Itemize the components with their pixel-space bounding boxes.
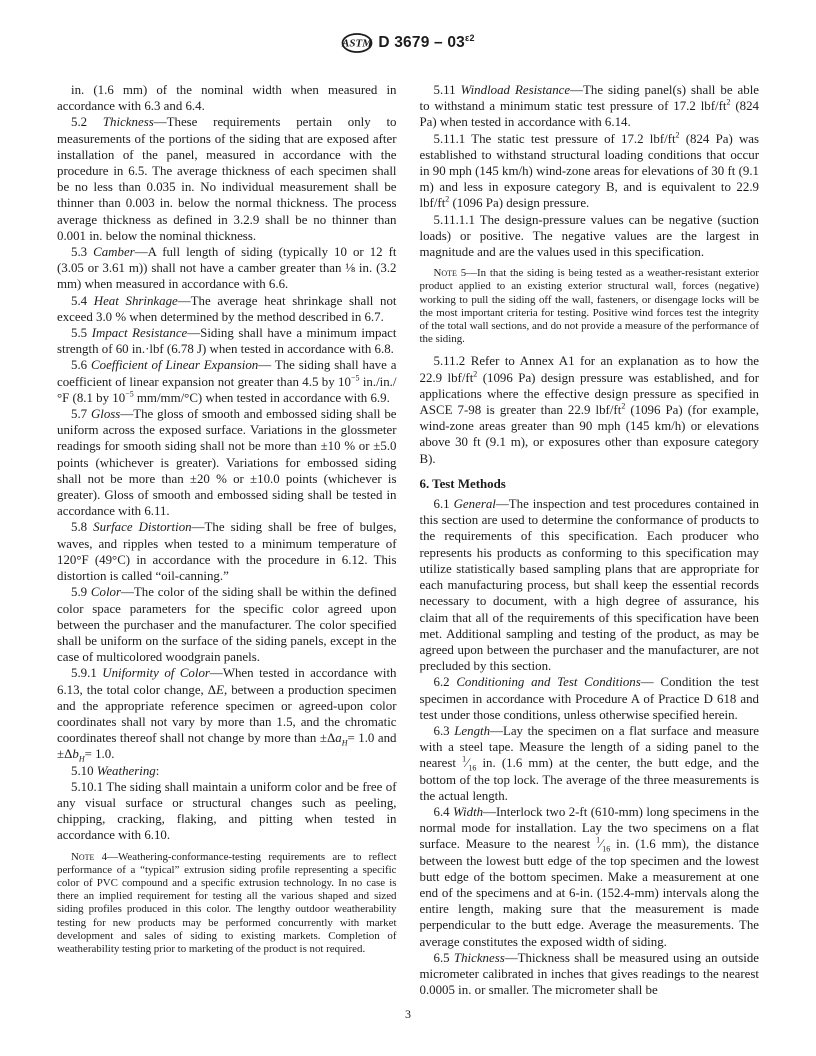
text-segment: 6.2: [434, 675, 457, 689]
text-segment: 5.7: [71, 407, 91, 421]
astm-logo-icon: ASTM: [341, 32, 373, 54]
text-segment: 5.9.1: [71, 666, 102, 680]
text-segment: 5.3: [71, 245, 93, 259]
text-segment: 5.5: [71, 326, 92, 340]
paragraph: 5.11.2 Refer to Annex A1 for an explanat…: [420, 353, 760, 466]
text-segment: 5.11: [434, 83, 461, 97]
text-segment: Uniformity of Color: [102, 666, 210, 680]
designation-text: D 3679 – 03: [378, 34, 465, 51]
text-segment: 6.4: [434, 805, 454, 819]
note-paragraph: Note 5—In that the siding is being teste…: [420, 267, 760, 346]
text-column-right: 5.11 Windload Resistance—The siding pane…: [420, 82, 760, 998]
paragraph: 6.5 Thickness—Thickness shall be measure…: [420, 950, 760, 999]
section-heading: 6. Test Methods: [420, 476, 760, 492]
text-segment: Heat Shrinkage: [94, 294, 178, 308]
page-header: ASTM D 3679 – 03ε2: [57, 30, 759, 56]
text-segment: 5.8: [71, 520, 93, 534]
text-segment: —These requirements pertain only to meas…: [57, 115, 397, 242]
text-segment: Thickness: [103, 115, 154, 129]
text-segment: 5.4: [71, 294, 94, 308]
text-segment: −5: [125, 390, 134, 399]
paragraph: 5.9 Color—The color of the siding shall …: [57, 584, 397, 665]
paragraph: 5.8 Surface Distortion—The siding shall …: [57, 519, 397, 584]
paragraph: 6.4 Width—Interlock two 2-ft (610-mm) lo…: [420, 804, 760, 950]
designation-superscript: ε2: [465, 33, 475, 43]
text-segment: (1096 Pa) design pressure.: [449, 196, 589, 210]
text-segment: 5.9: [71, 585, 91, 599]
note-paragraph: Note 4—Weathering-conformance-testing re…: [57, 851, 397, 957]
text-segment: :: [156, 764, 160, 778]
text-segment: Camber: [93, 245, 135, 259]
paragraph: 5.11 Windload Resistance—The siding pane…: [420, 82, 760, 131]
text-segment: 5.11.1 The static test pressure of 17.2 …: [434, 132, 676, 146]
text-segment: Gloss: [91, 407, 120, 421]
text-segment: E: [216, 683, 224, 697]
text-segment: Thickness: [454, 951, 505, 965]
paragraph: 5.11.1.1 The design-pressure values can …: [420, 212, 760, 261]
paragraph: 5.10 Weathering:: [57, 763, 397, 779]
text-segment: 6.1: [434, 497, 454, 511]
text-segment: = 1.0.: [85, 747, 115, 761]
text-segment: Color: [91, 585, 121, 599]
text-segment: 5.10: [71, 764, 97, 778]
paragraph: 5.10.1 The siding shall maintain a unifo…: [57, 779, 397, 844]
text-segment: 6. Test Methods: [420, 477, 506, 491]
paragraph: 6.2 Conditioning and Test Conditions— Co…: [420, 674, 760, 723]
paragraph: in. (1.6 mm) of the nominal width when m…: [57, 82, 397, 114]
text-segment: Windload Resistance: [461, 83, 571, 97]
text-segment: in. (1.6 mm) of the nominal width when m…: [57, 83, 397, 113]
text-segment: in. (1.6 mm), the distance between the l…: [420, 837, 760, 948]
paragraph: 5.2 Thickness—These requirements pertain…: [57, 114, 397, 244]
text-segment: Note: [434, 267, 457, 279]
text-segment: Weathering: [97, 764, 156, 778]
paragraph: 5.11.1 The static test pressure of 17.2 …: [420, 131, 760, 212]
paragraph: 5.3 Camber—A full length of siding (typi…: [57, 244, 397, 293]
text-segment: Surface Distortion: [93, 520, 191, 534]
document-page: ASTM D 3679 – 03ε2 in. (1.6 mm) of the n…: [0, 0, 816, 1056]
text-segment: 5.2: [71, 115, 103, 129]
paragraph: 6.1 General—The inspection and test proc…: [420, 496, 760, 674]
text-segment: 6.5: [434, 951, 454, 965]
text-segment: Width: [453, 805, 483, 819]
page-number: 3: [0, 1007, 816, 1022]
text-segment: Conditioning and Test Conditions: [456, 675, 640, 689]
paragraph: 5.7 Gloss—The gloss of smooth and emboss…: [57, 406, 397, 519]
text-segment: Impact Resistance: [92, 326, 188, 340]
text-segment: Note: [71, 851, 94, 863]
paragraph: 5.6 Coefficient of Linear Expansion— The…: [57, 357, 397, 406]
text-segment: General: [454, 497, 496, 511]
paragraph: 5.4 Heat Shrinkage—The average heat shri…: [57, 293, 397, 325]
paragraph: 5.5 Impact Resistance—Siding shall have …: [57, 325, 397, 357]
text-segment: 5.11.1.1 The design-pressure values can …: [420, 213, 760, 259]
two-column-body: in. (1.6 mm) of the nominal width when m…: [57, 82, 759, 998]
text-column-left: in. (1.6 mm) of the nominal width when m…: [57, 82, 397, 998]
text-segment: —The gloss of smooth and embossed siding…: [57, 407, 397, 518]
text-segment: 5.6: [71, 358, 91, 372]
svg-text:ASTM: ASTM: [341, 38, 373, 50]
document-designation: D 3679 – 03ε2: [378, 34, 474, 52]
text-segment: 5—In that the siding is being tested as …: [420, 267, 760, 345]
text-segment: 6.3: [434, 724, 455, 738]
text-segment: —The inspection and test procedures cont…: [420, 497, 760, 673]
text-segment: Length: [454, 724, 490, 738]
paragraph: 6.3 Length—Lay the specimen on a flat su…: [420, 723, 760, 804]
text-segment: mm/mm/°C) when tested in accordance with…: [134, 391, 390, 405]
paragraph: 5.9.1 Uniformity of Color—When tested in…: [57, 665, 397, 762]
text-segment: 5.10.1 The siding shall maintain a unifo…: [57, 780, 397, 843]
text-segment: 4—Weathering-conformance-testing require…: [57, 851, 397, 955]
text-segment: Coefficient of Linear Expansion: [91, 358, 258, 372]
